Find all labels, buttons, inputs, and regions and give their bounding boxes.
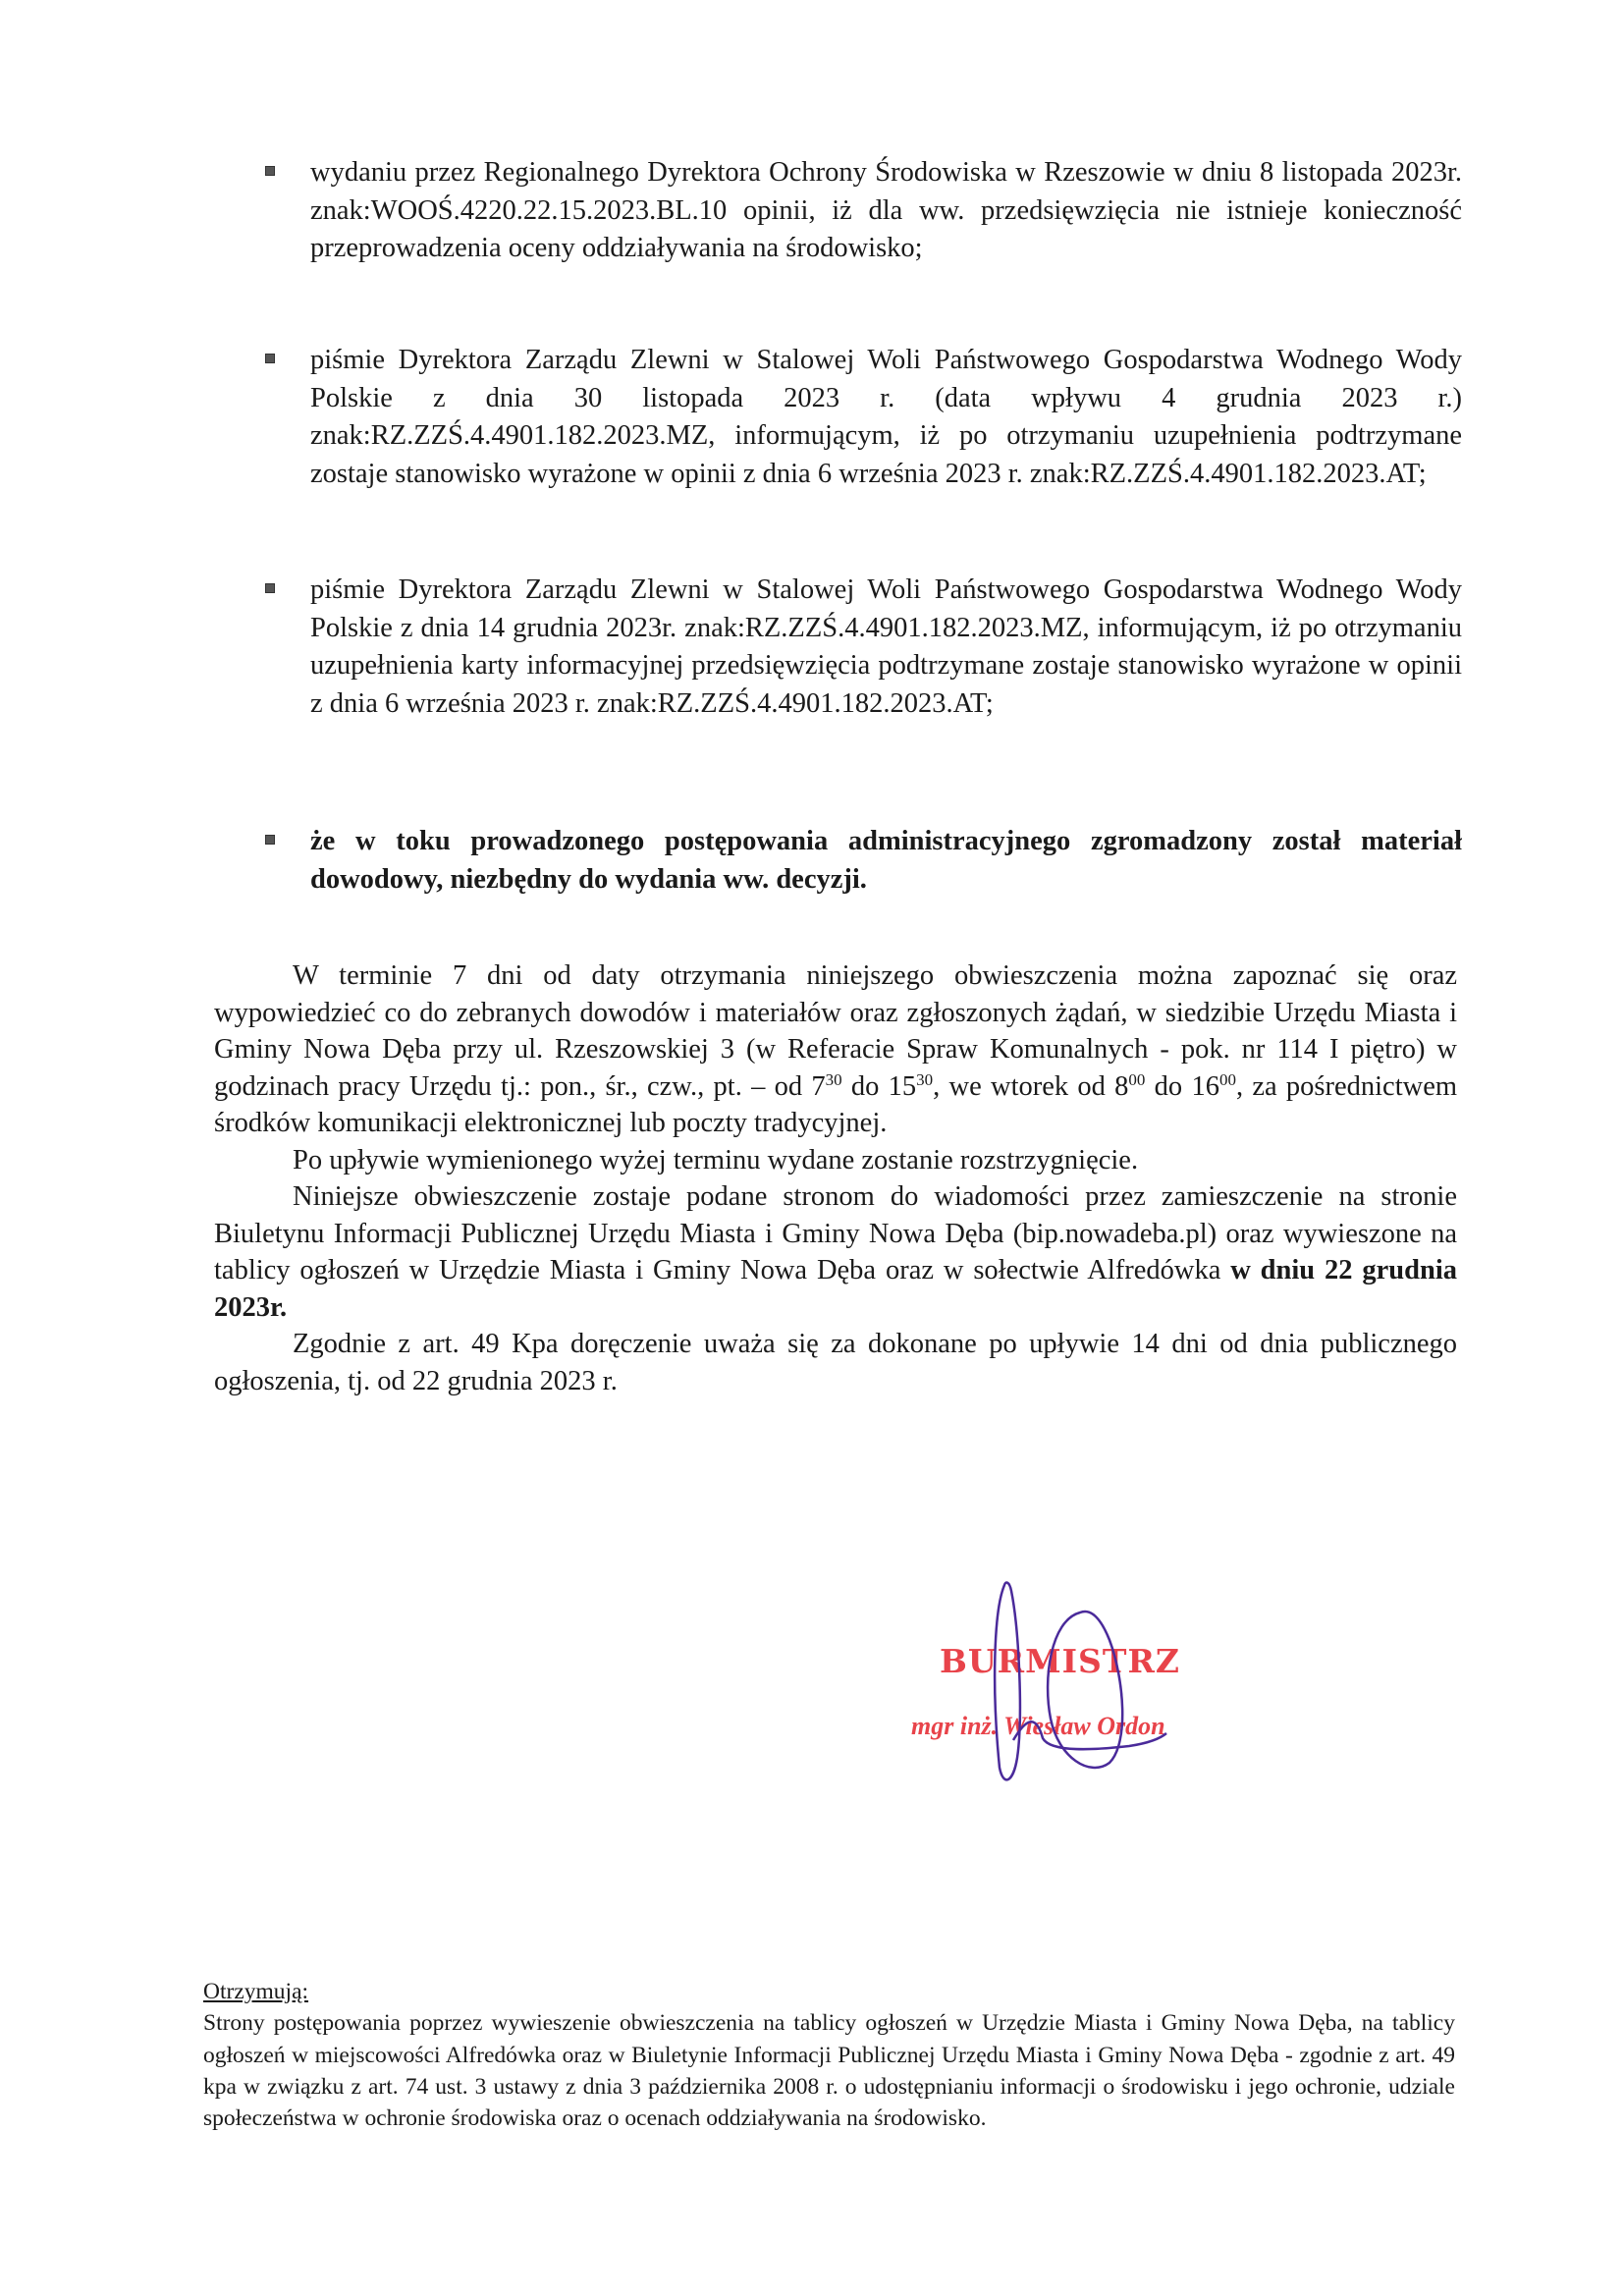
- list-item-text: że w toku prowadzonego postępowania admi…: [310, 823, 1462, 899]
- square-bullet-icon: [265, 354, 275, 363]
- recipients-title: Otrzymują:: [203, 1976, 1455, 2007]
- document-page: wydaniu przez Regionalnego Dyrektora Och…: [0, 0, 1623, 2296]
- list-item-text: piśmie Dyrektora Zarządu Zlewni w Stalow…: [310, 572, 1462, 723]
- list-item: piśmie Dyrektora Zarządu Zlewni w Stalow…: [259, 342, 1462, 493]
- paragraph-resolution: Po upływie wymienionego wyżej terminu wy…: [214, 1142, 1457, 1179]
- recipients-text: Strony postępowania poprzez wywieszenie …: [203, 2007, 1455, 2134]
- list-item-text: piśmie Dyrektora Zarządu Zlewni w Stalow…: [310, 342, 1462, 493]
- square-bullet-icon: [265, 835, 275, 845]
- body-paragraphs: W terminie 7 dni od daty otrzymania nini…: [214, 957, 1457, 1399]
- recipients-section: Otrzymują: Strony postępowania poprzez w…: [203, 1976, 1455, 2134]
- list-item: że w toku prowadzonego postępowania admi…: [259, 823, 1462, 899]
- square-bullet-icon: [265, 166, 275, 176]
- paragraph-delivery: Zgodnie z art. 49 Kpa doręczenie uważa s…: [214, 1326, 1457, 1399]
- square-bullet-icon: [265, 583, 275, 593]
- list-item: wydaniu przez Regionalnego Dyrektora Och…: [259, 154, 1462, 268]
- mayor-stamp: BURMISTRZ mgr inż. Wiesław Ordon: [903, 1571, 1257, 1807]
- paragraph-access-info: W terminie 7 dni od daty otrzymania nini…: [214, 957, 1457, 1142]
- paragraph-publication: Niniejsze obwieszczenie zostaje podane s…: [214, 1178, 1457, 1326]
- list-item-text: wydaniu przez Regionalnego Dyrektora Och…: [310, 154, 1462, 268]
- list-item: piśmie Dyrektora Zarządu Zlewni w Stalow…: [259, 572, 1462, 723]
- signature-icon: [903, 1571, 1257, 1807]
